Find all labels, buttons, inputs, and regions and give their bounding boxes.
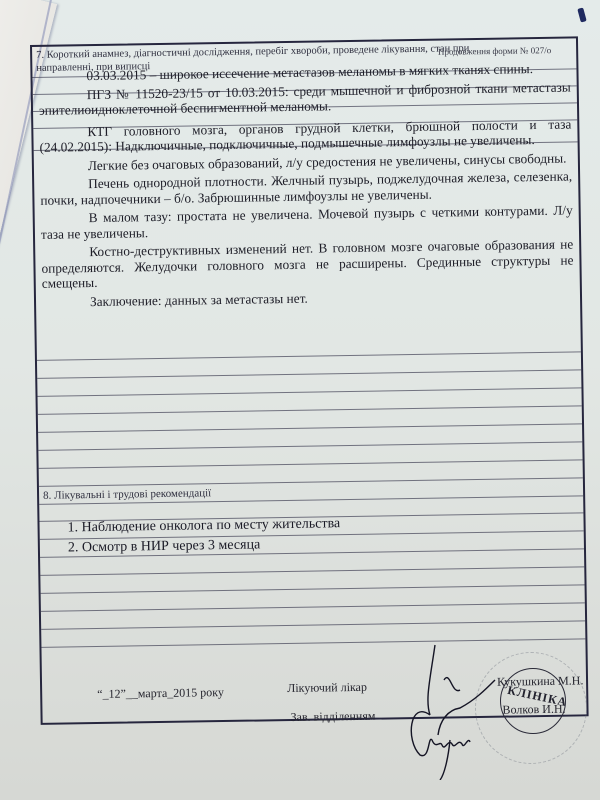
- rule-line: [38, 387, 582, 397]
- rule-line: [37, 369, 581, 379]
- rule-line: [41, 602, 585, 612]
- paragraph-ct-lymph: КТГ головного мозга, органов грудной кле…: [39, 116, 571, 155]
- rule-line: [38, 441, 582, 451]
- inner-stamp: КЛІНІКА: [500, 668, 566, 734]
- attending-doctor-label: Лікуючий лікар: [287, 680, 367, 696]
- document-frame: 7. Короткий анамнез, діагностичні дослід…: [30, 36, 589, 725]
- paragraph-pelvis: В малом тазу: простата не увеличена. Моч…: [41, 202, 573, 241]
- rule-line: [41, 620, 585, 630]
- rule-line: [39, 477, 583, 487]
- rule-line: [40, 566, 584, 576]
- rule-line: [38, 405, 582, 415]
- paragraph-liver: Печень однородной плотности. Желчный пуз…: [40, 169, 572, 208]
- rule-line: [39, 459, 583, 469]
- recommendation-1: 1. Наблюдение онколога по месту жительст…: [67, 516, 340, 536]
- ink-mark: [577, 7, 586, 22]
- discharge-date: “_12”__марта_2015 року: [97, 685, 224, 702]
- stamp-text: КЛІНІКА: [506, 683, 568, 710]
- rule-line: [38, 423, 582, 433]
- rule-line: [41, 584, 585, 594]
- department-head-label: Зав. відділенням: [290, 709, 375, 725]
- rule-line: [37, 351, 581, 361]
- section7-body: 03.03.2015 – широкое иссечение метастазо…: [38, 61, 574, 313]
- recommendation-2: 2. Осмотр в НИР через 3 месяца: [68, 537, 261, 556]
- paragraph-bone-brain: Костно-деструктивных изменений нет. В го…: [41, 236, 574, 291]
- section8-title: 8. Лікувальні і трудові рекомендації: [43, 487, 211, 502]
- paragraph-histology: ПГЗ № 11520-23/15 от 10.03.2015: среди м…: [39, 79, 571, 118]
- section7-title-line1: 7. Короткий анамнез, діагностичні дослід…: [36, 41, 572, 61]
